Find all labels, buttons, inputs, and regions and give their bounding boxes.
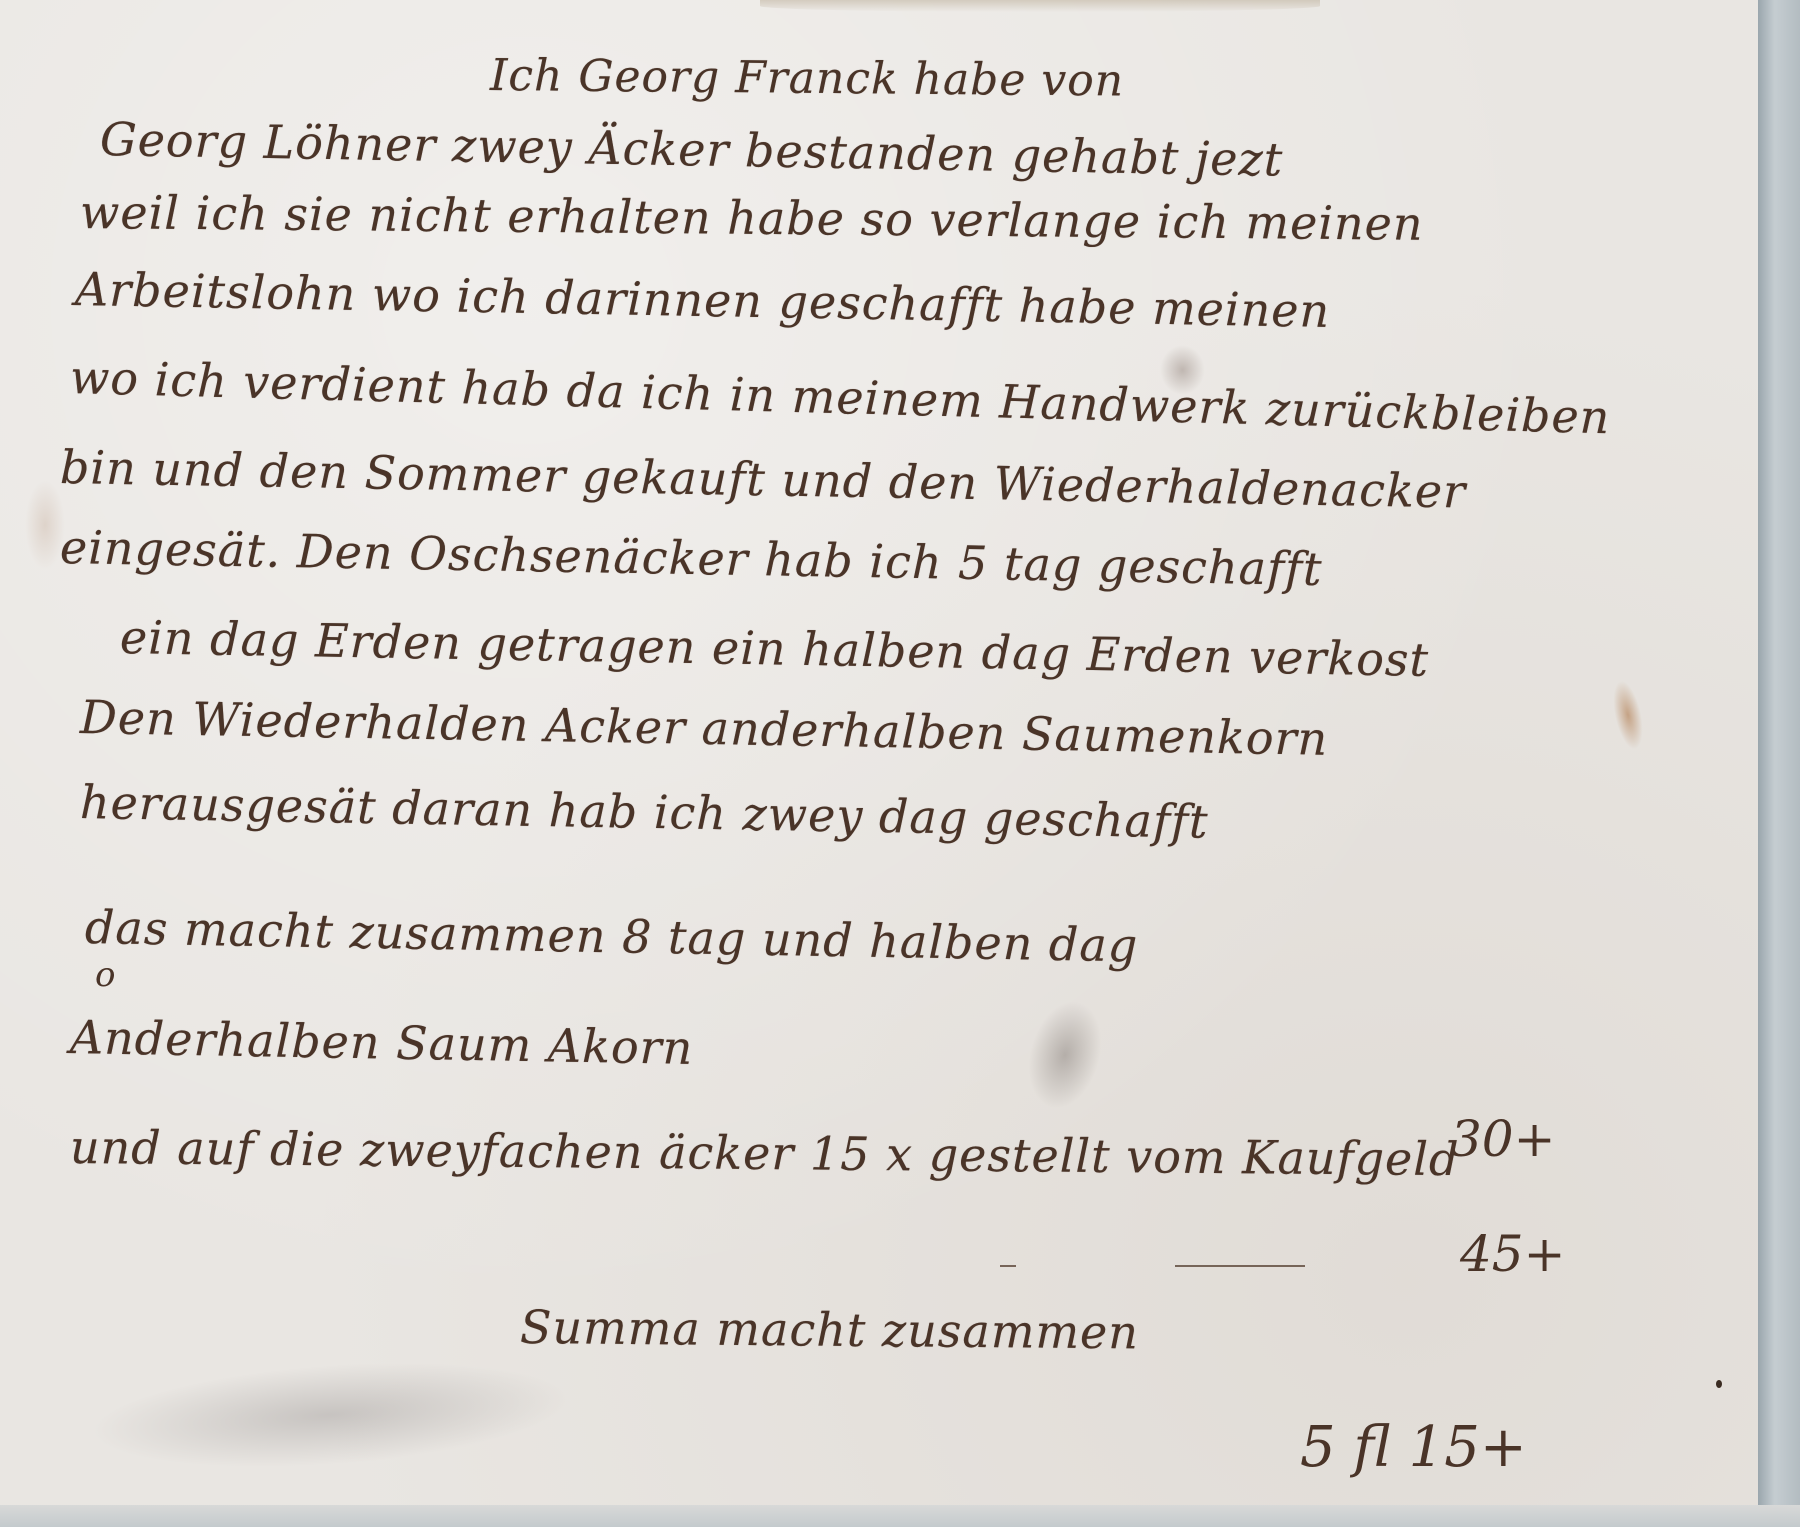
text-line-5: wo ich verdient hab da ich in meinem Han… — [69, 350, 1611, 444]
amount-days-total: 30+ — [1450, 1110, 1556, 1168]
dash-mark — [1000, 1265, 1016, 1267]
footnote-mark: o — [95, 955, 115, 995]
amount-acorn: 45+ — [1460, 1225, 1566, 1283]
paper-bottom-edge — [0, 1505, 1800, 1527]
text-line-14: Summa macht zusammen — [520, 1300, 1139, 1359]
text-line-10: herausgesät daran hab ich zwey dag gesch… — [80, 775, 1209, 849]
text-line-11: das macht zusammen 8 tag und halben dag — [85, 900, 1139, 972]
text-line-1: Ich Georg Franck habe von — [490, 50, 1125, 107]
text-line-7: eingesät. Den Oschsenäcker hab ich 5 tag… — [60, 520, 1323, 596]
amount-summa: 5 fl 15+ — [1300, 1415, 1527, 1480]
text-line-2: Georg Löhner zwey Äcker bestanden gehabt… — [100, 112, 1284, 187]
backing-board-edge — [1758, 0, 1800, 1527]
text-line-9: Den Wiederhalden Acker anderhalben Saume… — [80, 690, 1329, 766]
rule-line — [1175, 1265, 1305, 1267]
text-line-12: Anderhalben Saum Akorn — [70, 1010, 694, 1075]
text-line-13: und auf die zweyfachen äcker 15 x gestel… — [70, 1120, 1460, 1186]
text-line-4: Arbeitslohn wo ich darinnen geschafft ha… — [75, 262, 1331, 338]
text-line-6: bin und den Sommer gekauft und den Wiede… — [60, 440, 1467, 519]
handwritten-document-page: Ich Georg Franck habe von Georg Löhner z… — [0, 0, 1758, 1505]
text-line-3: weil ich sie nicht erhalten habe so verl… — [80, 185, 1424, 251]
handwritten-text-block: Ich Georg Franck habe von Georg Löhner z… — [0, 0, 1758, 1505]
text-line-8: ein dag Erden getragen ein halben dag Er… — [120, 610, 1430, 687]
